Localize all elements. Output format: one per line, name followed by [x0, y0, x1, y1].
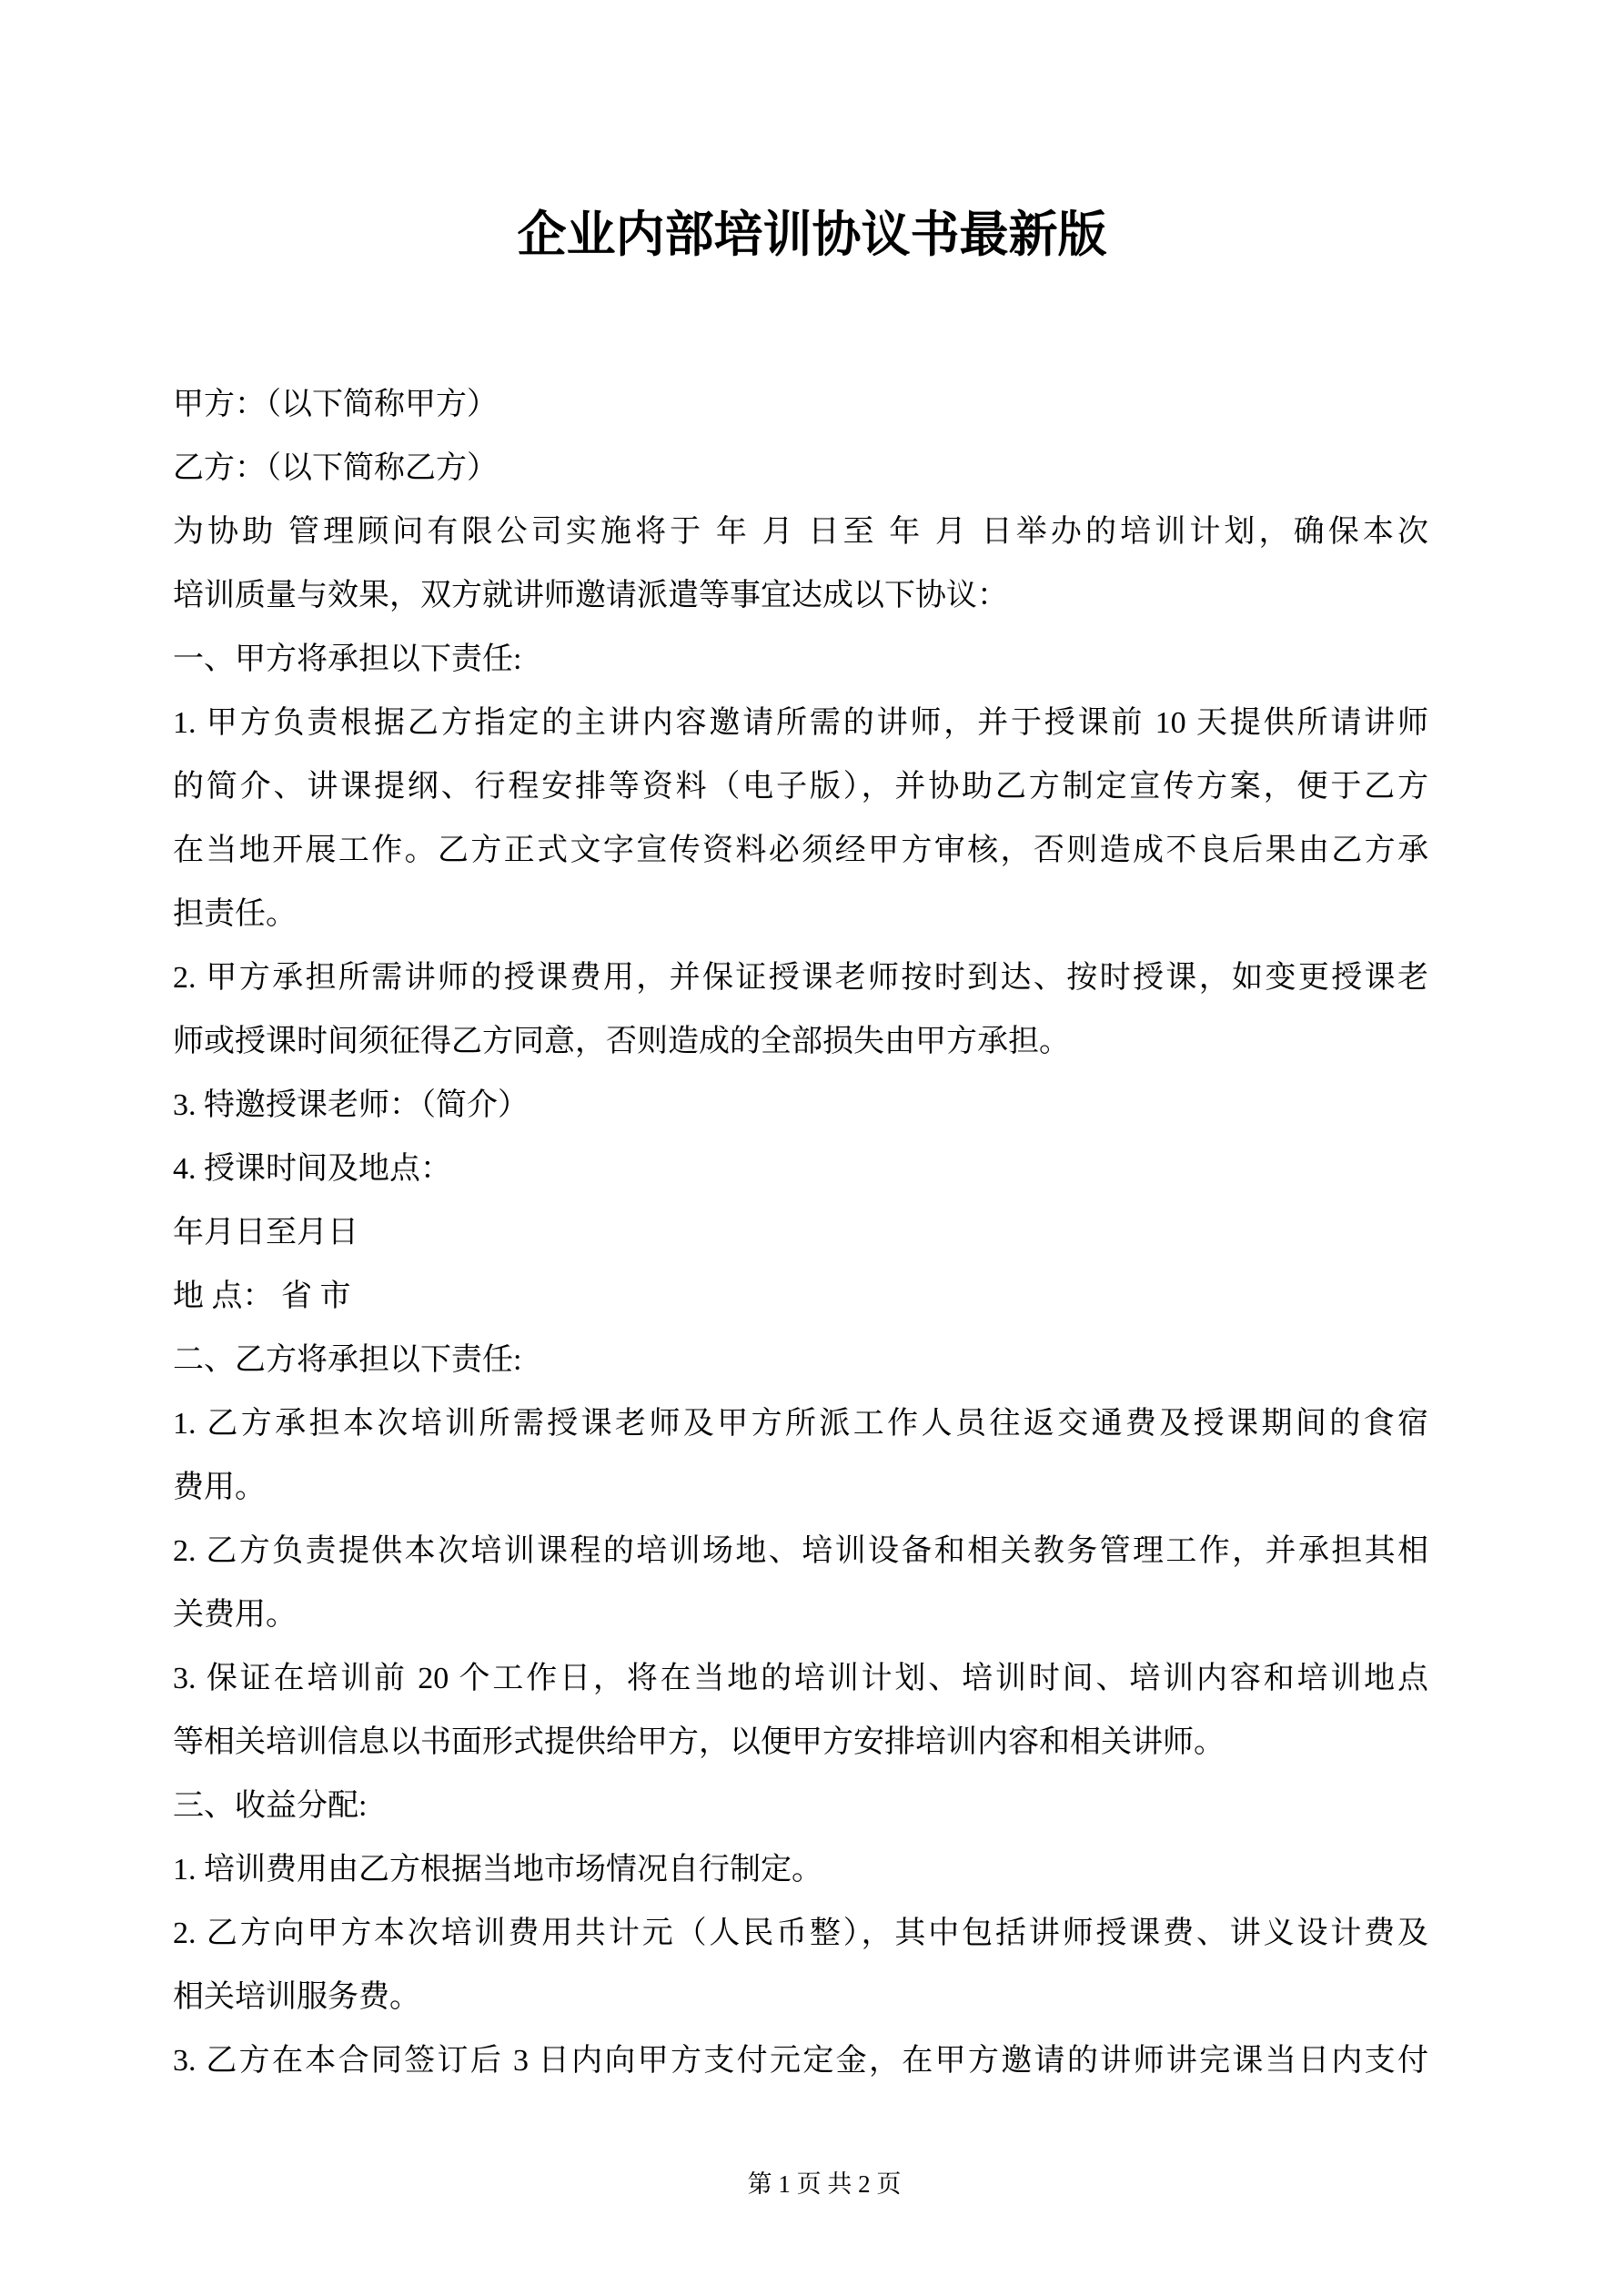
text-line: 3. 乙方在本合同签订后 3 日内向甲方支付元定金，在甲方邀请的讲师讲完课当日内… [173, 2029, 1428, 2093]
section-heading-3: 三、收益分配: [173, 1775, 1428, 1838]
text-line: 培训质量与效果，双方就讲师邀请派遣等事宜达成以下协议： [173, 564, 1428, 628]
text-line: 2. 乙方向甲方本次培训费用共计元（人民币整），其中包括讲师授课费、讲义设计费及 [173, 1902, 1428, 1966]
text-line: 的简介、讲课提纲、行程安排等资料（电子版），并协助乙方制定宣传方案，便于乙方 [173, 755, 1428, 819]
document-title: 企业内部培训协议书最新版 [0, 206, 1624, 264]
text-line: 相关培训服务费。 [173, 1966, 1428, 2029]
text-line: 1. 乙方承担本次培训所需授课老师及甲方所派工作人员往返交通费及授课期间的食宿 [173, 1392, 1428, 1456]
text-line: 3. 特邀授课老师：（简介） [173, 1074, 1428, 1138]
section-heading-2: 二、乙方将承担以下责任: [173, 1329, 1428, 1392]
text-line: 1. 培训费用由乙方根据当地市场情况自行制定。 [173, 1838, 1428, 1902]
party-line-yifang: 乙方：（以下简称乙方） [173, 437, 1428, 501]
text-line: 3. 保证在培训前 20 个工作日，将在当地的培训计划、培训时间、培训内容和培训… [173, 1647, 1428, 1711]
page-footer: 第 1 页 共 2 页 [0, 2124, 1624, 2244]
text-line: 费用。 [173, 1456, 1428, 1520]
text-line: 2. 乙方负责提供本次培训课程的培训场地、培训设备和相关教务管理工作，并承担其相 [173, 1520, 1428, 1583]
text-line: 等相关培训信息以书面形式提供给甲方，以便甲方安排培训内容和相关讲师。 [173, 1711, 1428, 1775]
text-line: 担责任。 [173, 883, 1428, 946]
party-line-jiafang: 甲方：（以下简称甲方） [173, 373, 1428, 437]
text-line: 关费用。 [173, 1583, 1428, 1647]
text-line: 4. 授课时间及地点： [173, 1138, 1428, 1201]
text-line: 1. 甲方负责根据乙方指定的主讲内容邀请所需的讲师，并于授课前 10 天提供所请… [173, 692, 1428, 755]
text-line: 2. 甲方承担所需讲师的授课费用，并保证授课老师按时到达、按时授课，如变更授课老 [173, 946, 1428, 1010]
document-page: 企业内部培训协议书最新版 甲方：（以下简称甲方） 乙方：（以下简称乙方） 为协助… [0, 0, 1624, 2296]
text-line: 在当地开展工作。乙方正式文字宣传资料必须经甲方审核，否则造成不良后果由乙方承 [173, 819, 1428, 883]
page-number: 第 1 页 共 2 页 [748, 2170, 902, 2198]
text-line: 年月日至月日 [173, 1201, 1428, 1265]
text-line: 师或授课时间须征得乙方同意，否则造成的全部损失由甲方承担。 [173, 1010, 1428, 1074]
section-heading-1: 一、甲方将承担以下责任: [173, 628, 1428, 692]
document-body: 甲方：（以下简称甲方） 乙方：（以下简称乙方） 为协助 管理顾问有限公司实施将于… [173, 373, 1428, 2093]
text-line: 地 点： 省 市 [173, 1265, 1428, 1329]
text-line: 为协助 管理顾问有限公司实施将于 年 月 日至 年 月 日举办的培训计划，确保本… [173, 501, 1428, 564]
